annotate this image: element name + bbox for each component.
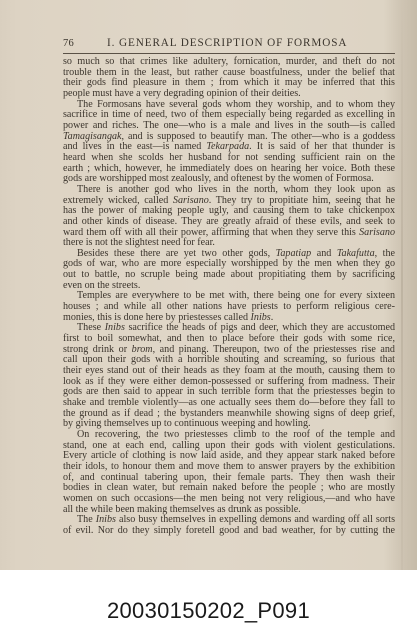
text-line: women on such occasions—the men being no… bbox=[63, 494, 395, 505]
body-text: so much so that crimes like adultery, fo… bbox=[63, 57, 395, 537]
text-line: heard when she scolds her husband for no… bbox=[63, 153, 395, 164]
page-number: 76 bbox=[63, 38, 74, 49]
running-title: I. GENERAL DESCRIPTION OF FORMOSA bbox=[107, 37, 347, 49]
text-line: and other kinds of disease. They are gre… bbox=[63, 217, 395, 228]
scanned-page: 76 I. GENERAL DESCRIPTION OF FORMOSA so … bbox=[0, 0, 417, 570]
text-line: their idols, to honour them and move the… bbox=[63, 462, 395, 473]
header-rule bbox=[63, 53, 395, 54]
text-line: of evil. Nor do they simply foretell goo… bbox=[63, 526, 395, 537]
page-header: 76 I. GENERAL DESCRIPTION OF FORMOSA bbox=[63, 36, 395, 52]
image-caption: 20030150202_P091 bbox=[0, 598, 417, 624]
text-line: There is another god who lives in the no… bbox=[63, 185, 395, 196]
